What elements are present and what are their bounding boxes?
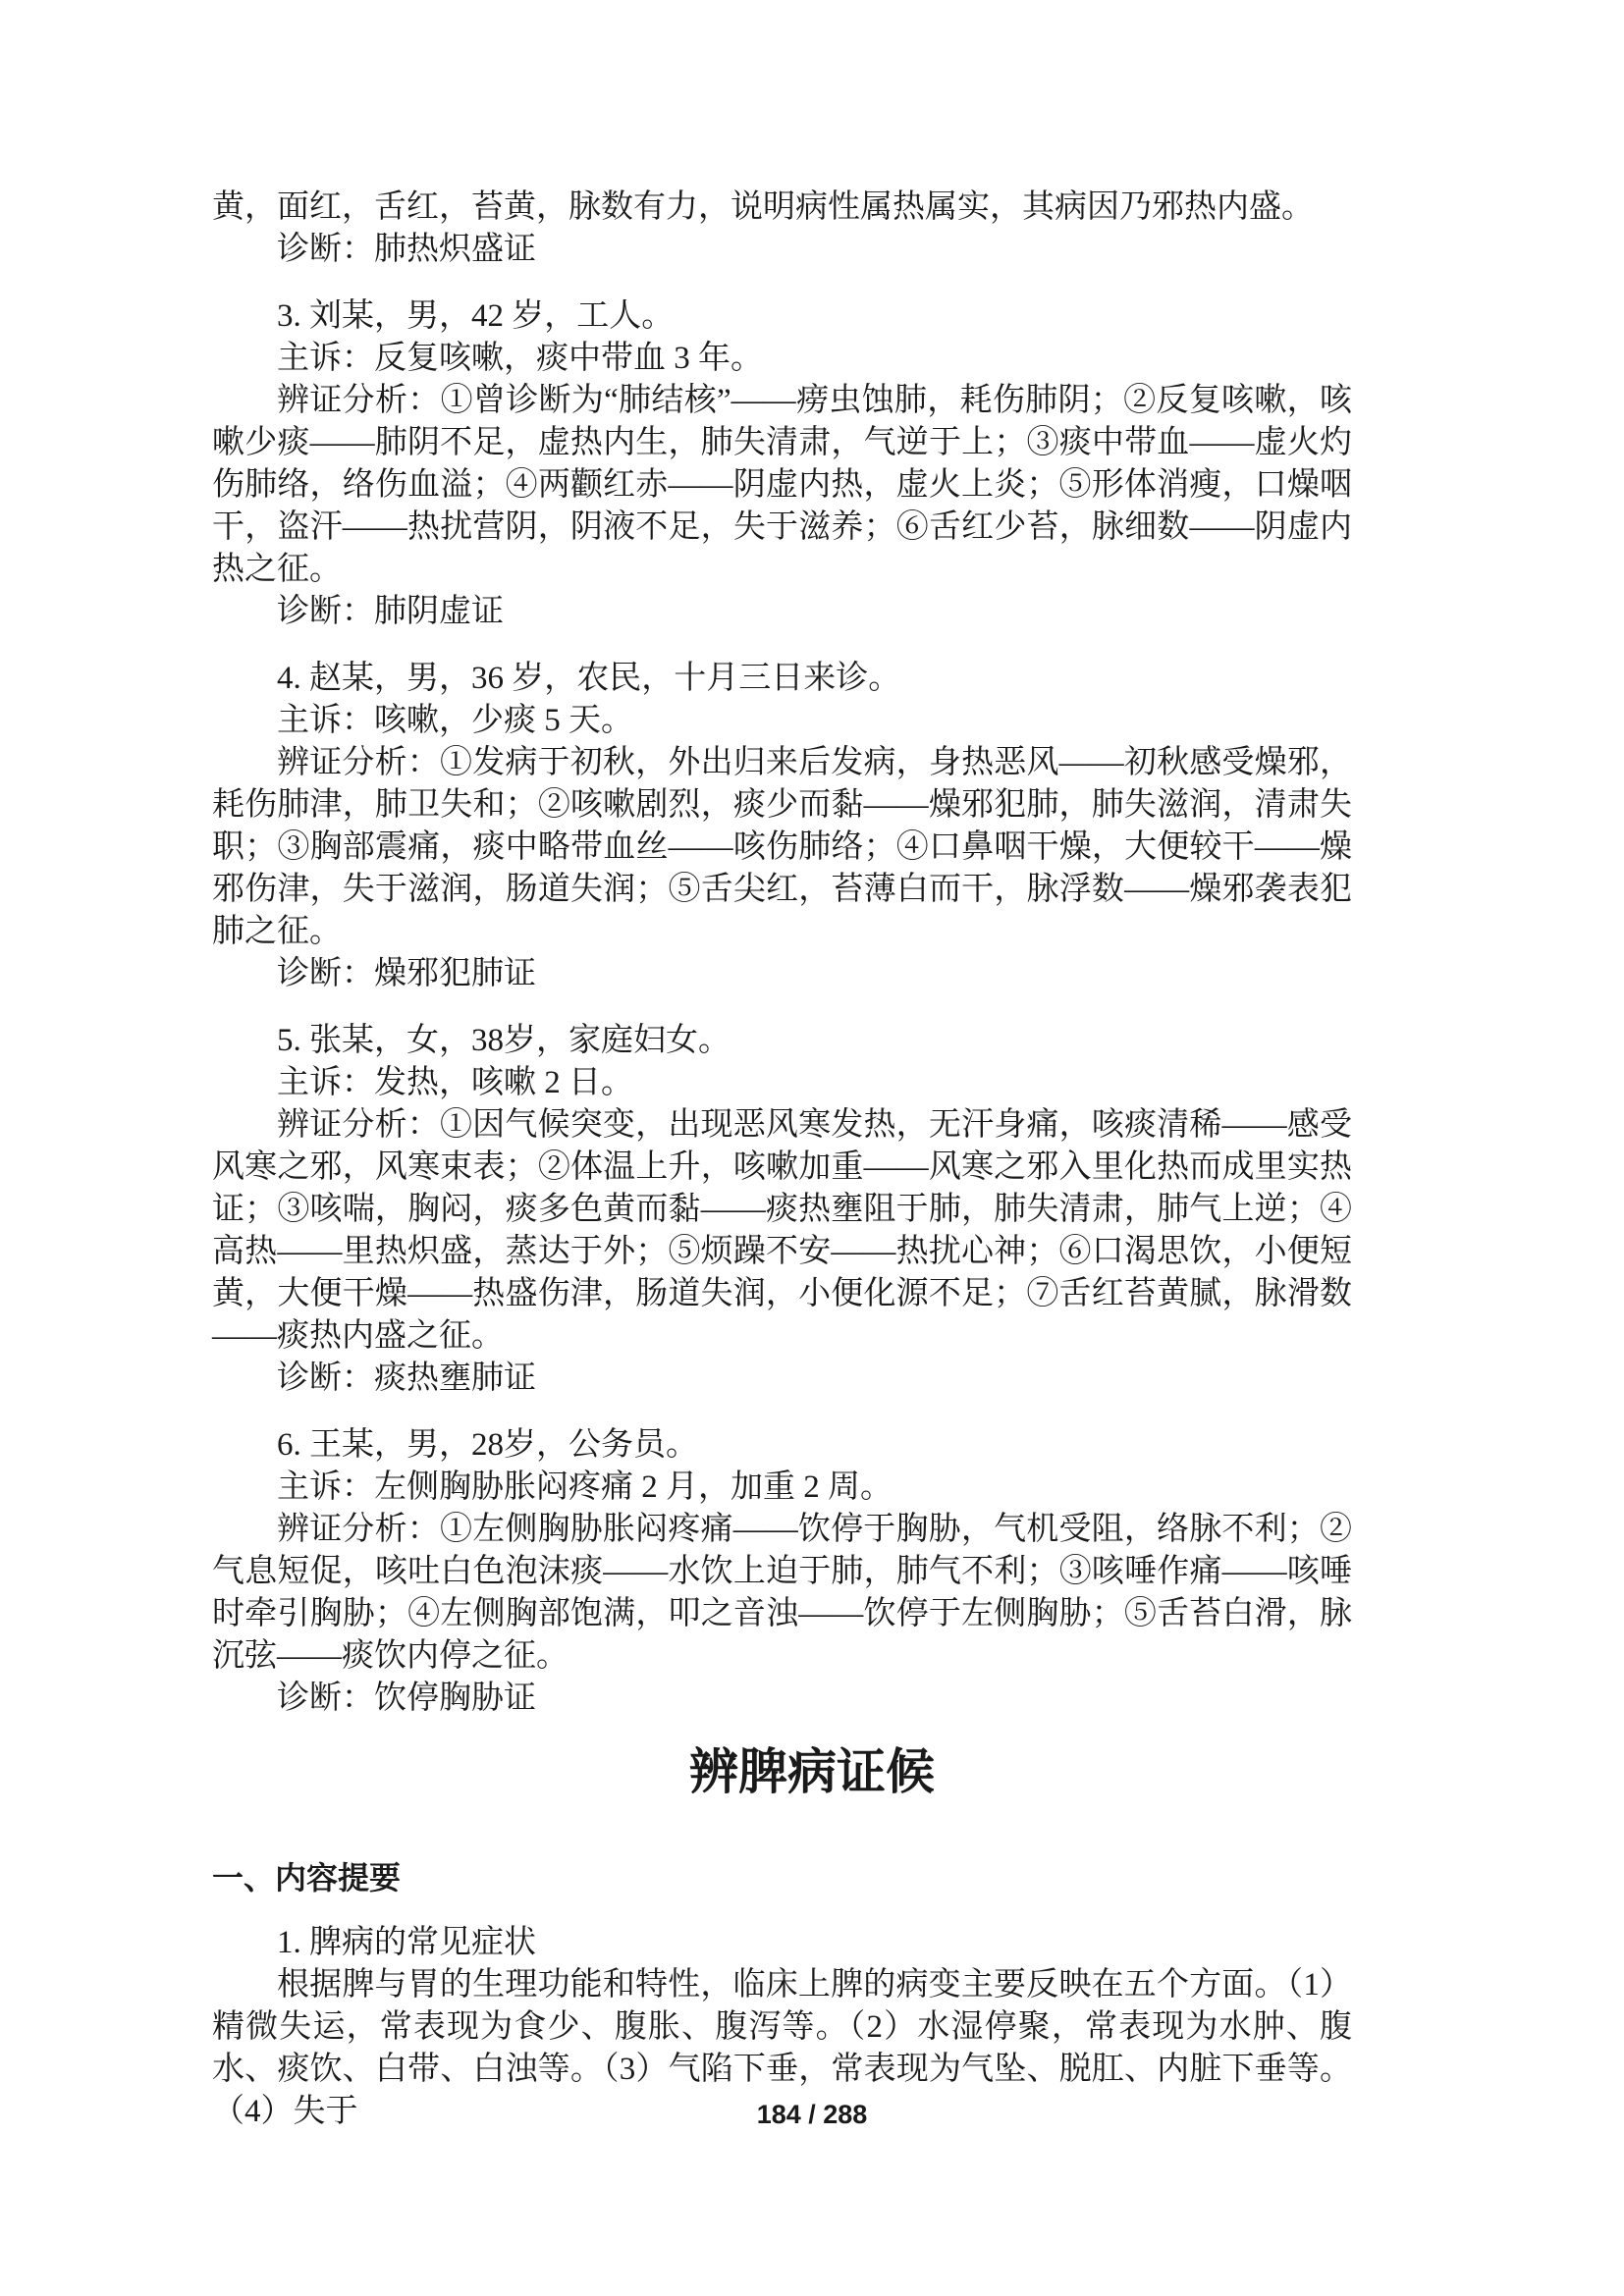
syndrome-analysis: 辨证分析：①因气候突变，出现恶风寒发热，无汗身痛，咳痰清稀——感受风寒之邪，风寒… — [212, 1104, 1352, 1358]
case-header: 3. 刘某，男，42 岁，工人。 — [212, 295, 1352, 338]
chief-complaint: 主诉：咳嗽，少痰 5 天。 — [212, 700, 1352, 742]
syndrome-analysis: 辨证分析：①左侧胸胁胀闷疼痛——饮停于胸胁，气机受阻，络脉不利；②气息短促，咳吐… — [212, 1509, 1352, 1678]
diagnosis-line: 诊断：燥邪犯肺证 — [212, 953, 1352, 995]
syndrome-analysis: 辨证分析：①发病于初秋，外出归来后发病，身热恶风——初秋感受燥邪，耗伤肺津，肺卫… — [212, 742, 1352, 953]
diagnosis-line: 诊断：肺阴虚证 — [212, 591, 1352, 633]
case-3: 3. 刘某，男，42 岁，工人。 主诉：反复咳嗽，痰中带血 3 年。 辨证分析：… — [212, 295, 1352, 633]
case-6: 6. 王某，男，28岁，公务员。 主诉：左侧胸胁胀闷疼痛 2 月，加重 2 周。… — [212, 1424, 1352, 1720]
continuation-line: 黄，面红，舌红，苔黄，脉数有力，说明病性属热属实，其病因乃邪热内盛。 — [212, 187, 1352, 229]
diagnosis-line: 诊断：痰热壅肺证 — [212, 1358, 1352, 1400]
case-header: 5. 张某，女，38岁，家庭妇女。 — [212, 1020, 1352, 1062]
case-5: 5. 张某，女，38岁，家庭妇女。 主诉：发热，咳嗽 2 日。 辨证分析：①因气… — [212, 1020, 1352, 1400]
case-header: 6. 王某，男，28岁，公务员。 — [212, 1424, 1352, 1467]
section-heading: 一、内容提要 — [212, 1858, 1352, 1897]
document-page: 黄，面红，舌红，苔黄，脉数有力，说明病性属热属实，其病因乃邪热内盛。 诊断：肺热… — [0, 0, 1624, 2296]
chief-complaint: 主诉：发热，咳嗽 2 日。 — [212, 1062, 1352, 1104]
section-subheading: 1. 脾病的常见症状 — [212, 1922, 1352, 1964]
diagnosis-line: 诊断：肺热炽盛证 — [212, 229, 1352, 271]
chief-complaint: 主诉：左侧胸胁胀闷疼痛 2 月，加重 2 周。 — [212, 1467, 1352, 1509]
diagnosis-line: 诊断：饮停胸胁证 — [212, 1678, 1352, 1720]
syndrome-analysis: 辨证分析：①曾诊断为“肺结核”——痨虫蚀肺，耗伤肺阴；②反复咳嗽，咳嗽少痰——肺… — [212, 380, 1352, 591]
page-number: 184 / 288 — [0, 2097, 1624, 2132]
case-header: 4. 赵某，男，36 岁，农民，十月三日来诊。 — [212, 658, 1352, 700]
case-4: 4. 赵某，男，36 岁，农民，十月三日来诊。 主诉：咳嗽，少痰 5 天。 辨证… — [212, 658, 1352, 995]
chief-complaint: 主诉：反复咳嗽，痰中带血 3 年。 — [212, 338, 1352, 380]
chapter-title: 辨脾病证候 — [0, 1742, 1624, 1801]
case-studies-text: 黄，面红，舌红，苔黄，脉数有力，说明病性属热属实，其病因乃邪热内盛。 诊断：肺热… — [212, 187, 1352, 1720]
